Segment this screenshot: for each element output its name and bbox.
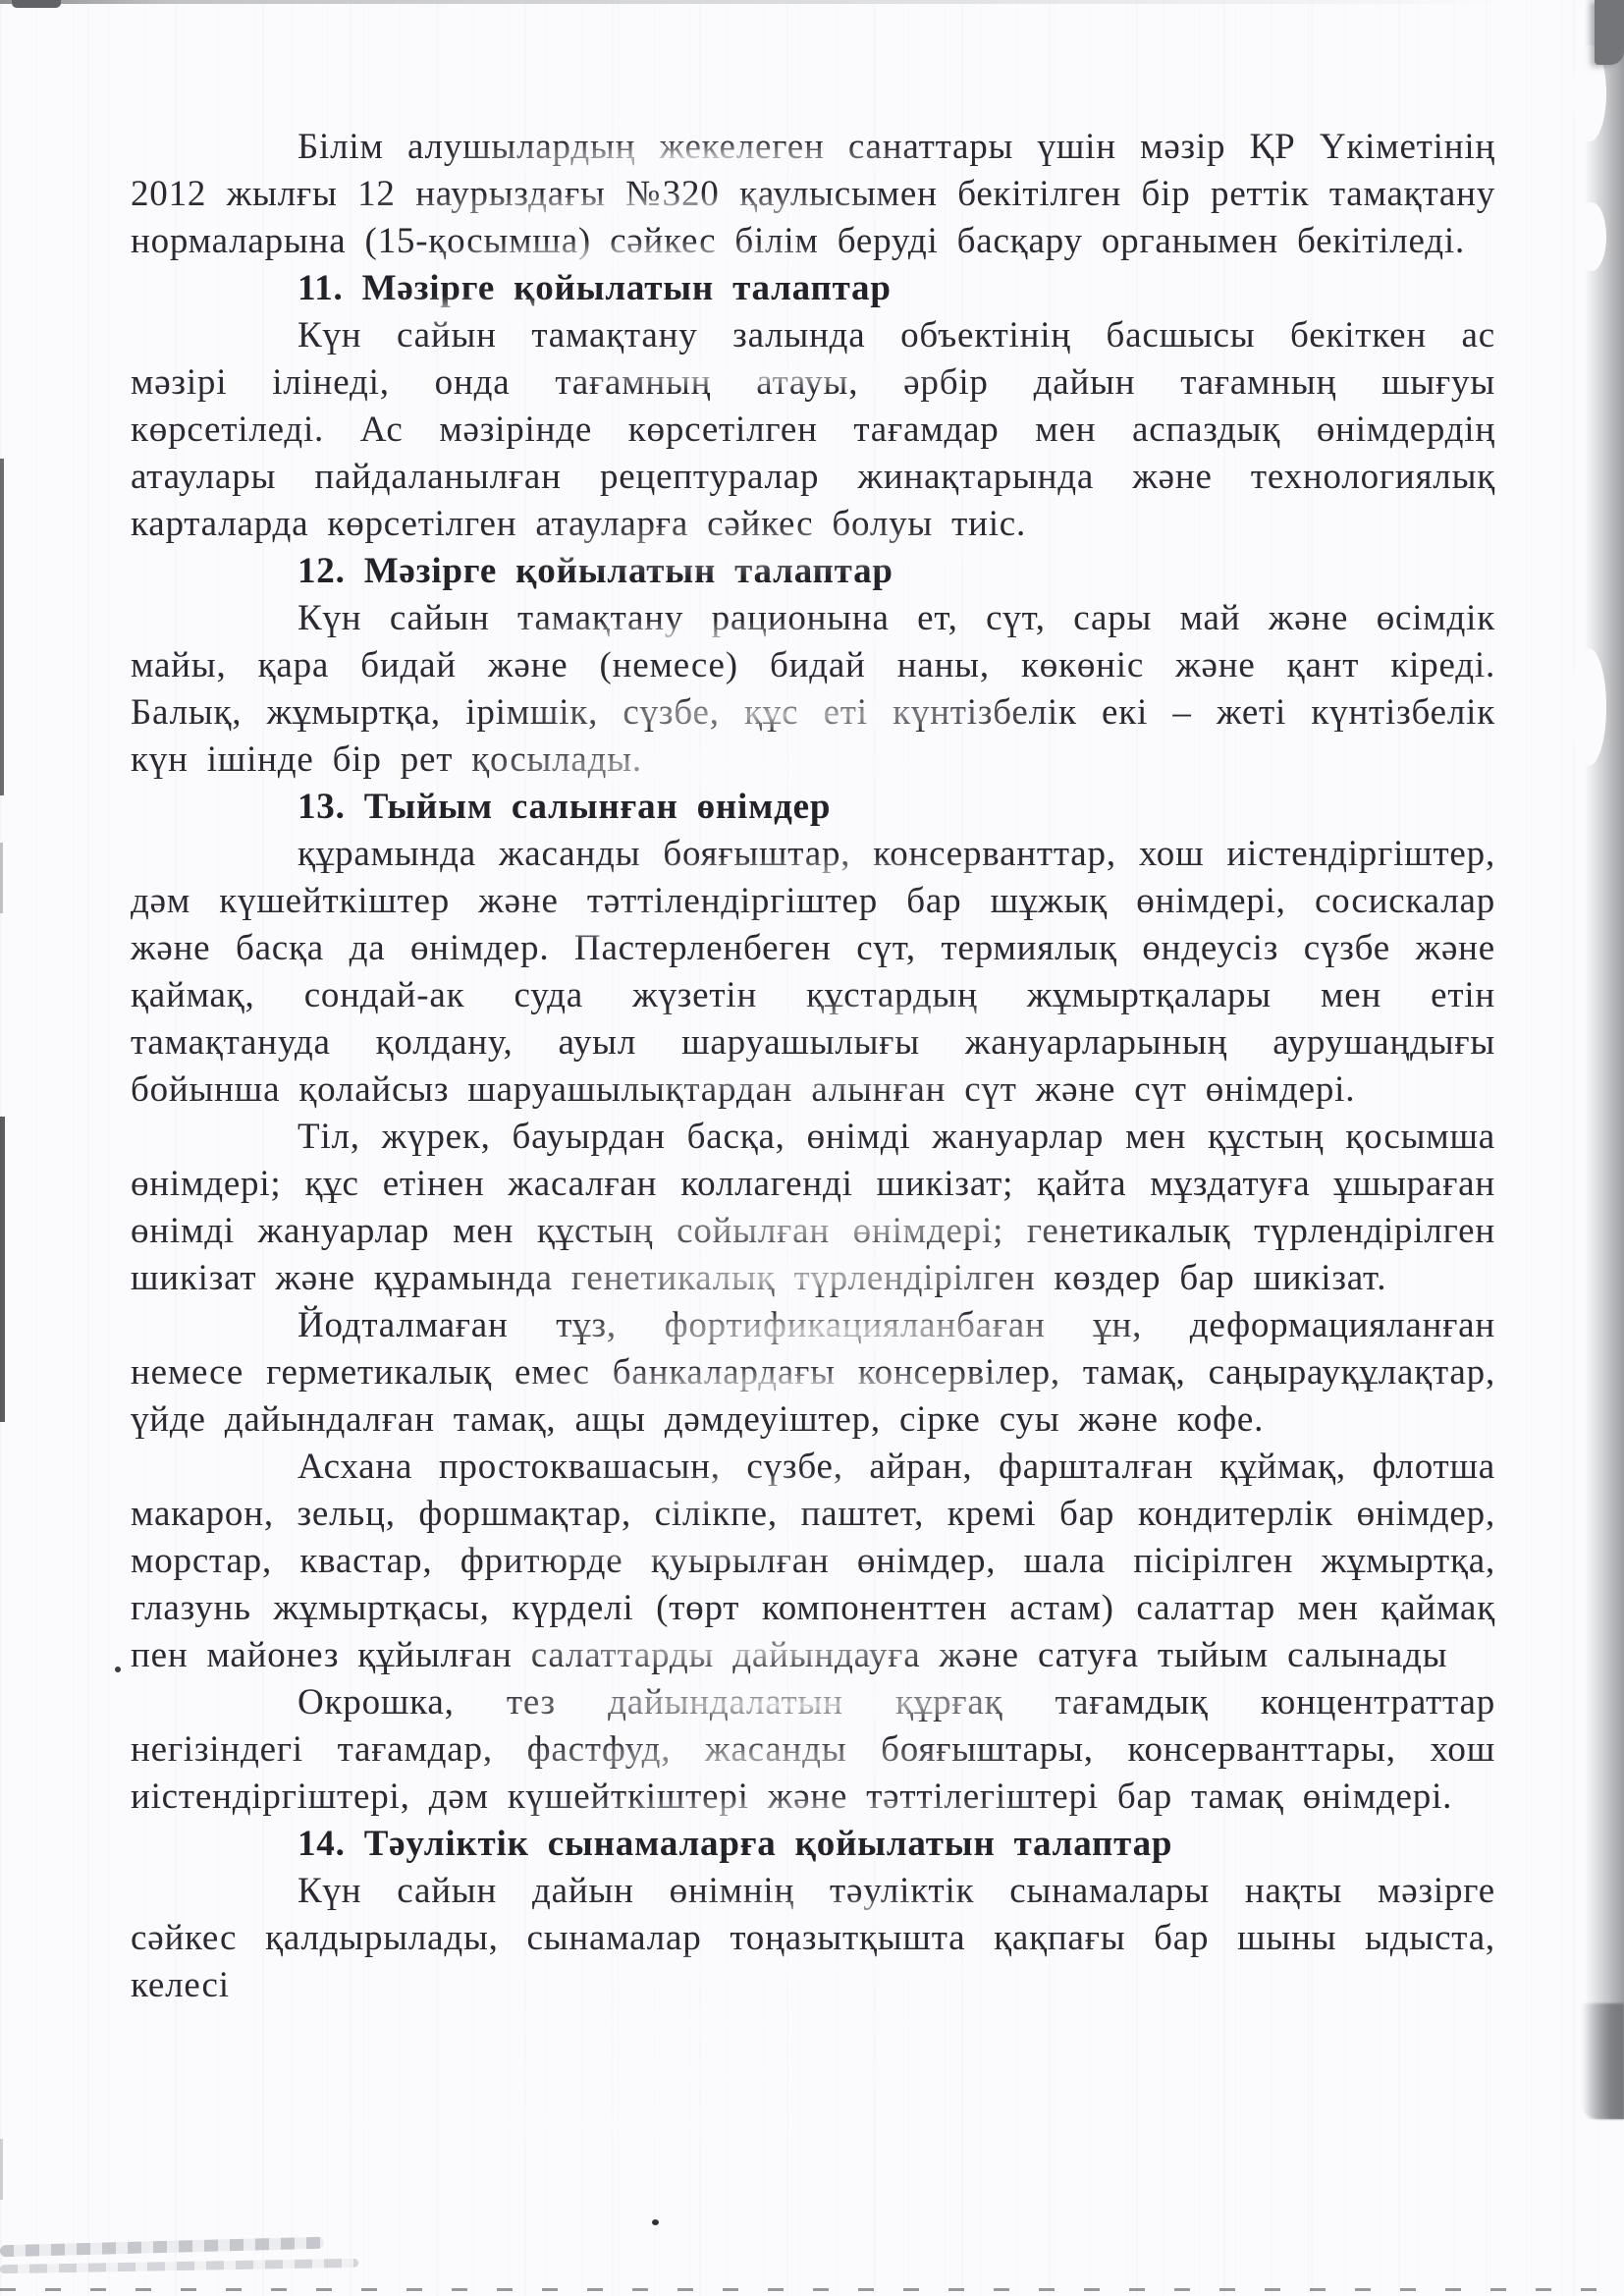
section-heading: 13. Тыйым салынған өнімдер [131,784,1495,831]
scan-edge-notch [1571,648,1606,766]
scan-left-edge-streak [0,843,3,913]
scan-top-edge-line [0,0,1571,4]
scan-right-edge-shadow-dark [1581,2003,1624,2119]
scan-right-edge-shadow [1585,0,1624,2119]
scan-bottom-smudge [0,2259,358,2273]
scan-top-left-mark [12,0,61,8]
paragraph: Күн сайын тамақтану залында объектінің б… [131,312,1495,548]
paragraph: Білім алушылардың жекелеген санаттары үш… [131,124,1495,265]
section-heading: 12. Мәзірге қойылатын талаптар [131,548,1495,595]
scanned-page: Білім алушылардың жекелеген санаттары үш… [0,0,1624,2296]
paragraph: Асхана простоквашасын, сүзбе, айран, фар… [131,1444,1495,1679]
paragraph: Йодталмаған тұз, фортификацияланбаған ұн… [131,1302,1495,1444]
scan-left-edge-streak [0,459,4,795]
section-heading: 11. Мәзірге қойылатын талаптар [131,265,1495,312]
paragraph: Күн сайын дайын өнімнің тәуліктік сынама… [131,1868,1495,2009]
scan-left-edge-streak [0,2139,3,2200]
document-body: Білім алушылардың жекелеген санаттары үш… [131,124,1495,2009]
paragraph: Күн сайын тамақтану рационына ет, сүт, с… [131,595,1495,784]
scan-left-edge-streak [0,1117,5,1422]
scan-bottom-edge-line [0,2288,1624,2291]
ink-speck [652,2219,659,2225]
scan-bottom-smudge [0,2237,324,2258]
ink-speck [115,1667,121,1672]
paragraph: Тіл, жүрек, бауырдан басқа, өнімді жануа… [131,1114,1495,1302]
scan-edge-notch [1573,45,1606,141]
paragraph: құрамында жасанды бояғыштар, консервантт… [131,831,1495,1114]
paragraph: Окрошка, тез дайындалатын құрғақ тағамды… [131,1679,1495,1821]
scan-edge-notch [1577,202,1606,271]
scan-top-right-mark [1595,0,1624,65]
section-heading: 14. Тәуліктік сынамаларға қойылатын тала… [131,1821,1495,1868]
